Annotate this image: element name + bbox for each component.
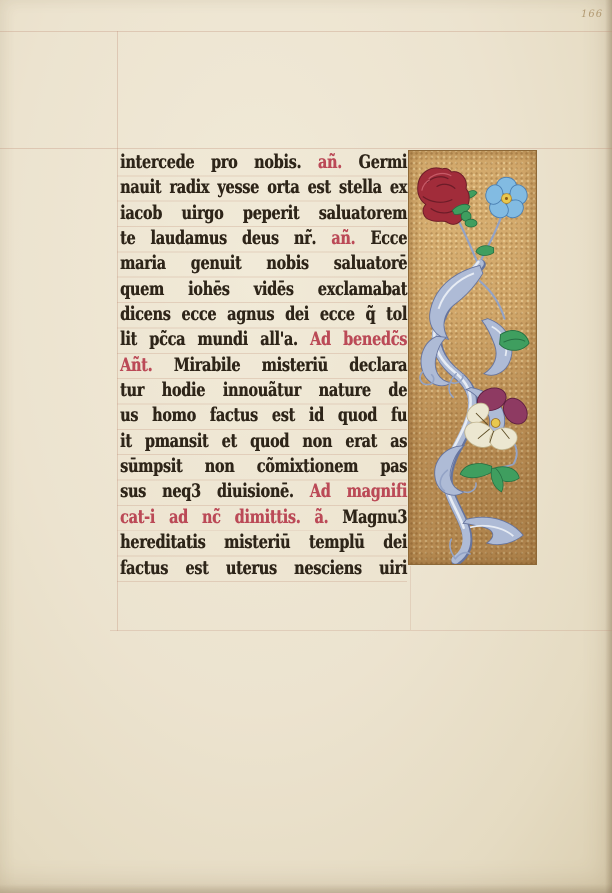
- text-line: lit pc̃ca mundi all'a. Ad benedc̃s: [120, 327, 407, 352]
- ruling-line-top: [0, 31, 612, 32]
- body-text: us homo factus est id quod fu: [120, 404, 407, 426]
- ruling-line-header: [0, 148, 612, 149]
- rubric-text: Ad magnifi: [310, 480, 407, 502]
- leaf-sprig: [460, 464, 519, 492]
- text-line: iacob uirgo peperit saluatorem: [120, 201, 407, 226]
- body-text: nauit radix yesse orta est stella ex: [120, 176, 407, 198]
- ruling-line-bottom: [110, 630, 612, 631]
- body-text: intercede pro nobis.: [120, 151, 318, 173]
- body-text: sus neq3 diuisionē.: [120, 480, 310, 502]
- manuscript-page: 166 intercede pro nobis. añ. Germinauit …: [0, 0, 612, 893]
- text-line: quem iohēs vidēs exclamabat: [120, 277, 407, 302]
- body-text: dicens ecce agnus dei ecce q̃ tol: [120, 303, 407, 325]
- rose-flower: [418, 168, 477, 227]
- body-text: Magnu3: [342, 506, 407, 528]
- body-text: maria genuit nobis saluatorē: [120, 252, 407, 274]
- text-line: dicens ecce agnus dei ecce q̃ tol: [120, 302, 407, 327]
- text-line: factus est uterus nesciens uiri: [120, 556, 407, 581]
- text-line: nauit radix yesse orta est stella ex: [120, 175, 407, 200]
- text-line: it pmansit et quod non erat as: [120, 429, 407, 454]
- folio-number: 166: [581, 9, 603, 20]
- body-text: te laudamus deus nr̃.: [120, 227, 331, 249]
- rubric-text: Ad benedc̃s: [310, 328, 407, 350]
- body-text: iacob uirgo peperit saluatorem: [120, 202, 407, 224]
- text-line: us homo factus est id quod fu: [120, 403, 407, 428]
- rubric-text: cat-i ad nc̃ dimittis. ã.: [120, 506, 342, 528]
- floral-illustration: [409, 151, 536, 564]
- text-line: cat-i ad nc̃ dimittis. ã. Magnu3: [120, 505, 407, 530]
- text-line: tur hodie innouãtur nature de: [120, 378, 407, 403]
- forget-me-not-flower: [476, 177, 530, 255]
- text-line: sus neq3 diuisionē. Ad magnifi: [120, 479, 407, 504]
- body-text: it pmansit et quod non erat as: [120, 430, 407, 452]
- text-line: maria genuit nobis saluatorē: [120, 251, 407, 276]
- body-text: sūmpsit non cõmixtionem pas: [120, 455, 407, 477]
- text-block: intercede pro nobis. añ. Germinauit radi…: [120, 150, 407, 581]
- text-line: hereditatis misteriū templū dei: [120, 530, 407, 555]
- body-text: Mirabile misteriū declara: [174, 354, 407, 376]
- text-line: sūmpsit non cõmixtionem pas: [120, 454, 407, 479]
- body-text: quem iohēs vidēs exclamabat: [120, 278, 407, 300]
- rubric-text: Añt.: [120, 354, 174, 376]
- body-text: Ecce: [370, 227, 407, 249]
- ruling-line-panel: [410, 566, 411, 630]
- rubric-text: añ.: [331, 227, 370, 249]
- body-text: tur hodie innouãtur nature de: [120, 379, 407, 401]
- text-line: intercede pro nobis. añ. Germi: [120, 150, 407, 175]
- illuminated-border-panel: [408, 150, 537, 565]
- body-text: lit pc̃ca mundi all'a.: [120, 328, 310, 350]
- crescent-leaf: [500, 331, 530, 351]
- body-text: hereditatis misteriū templū dei: [120, 531, 407, 553]
- body-text: factus est uterus nesciens uiri: [120, 557, 407, 579]
- body-text: Germi: [359, 151, 407, 173]
- rubric-text: añ.: [318, 151, 359, 173]
- text-line: te laudamus deus nr̃. añ. Ecce: [120, 226, 407, 251]
- text-line: Añt. Mirabile misteriū declara: [120, 353, 407, 378]
